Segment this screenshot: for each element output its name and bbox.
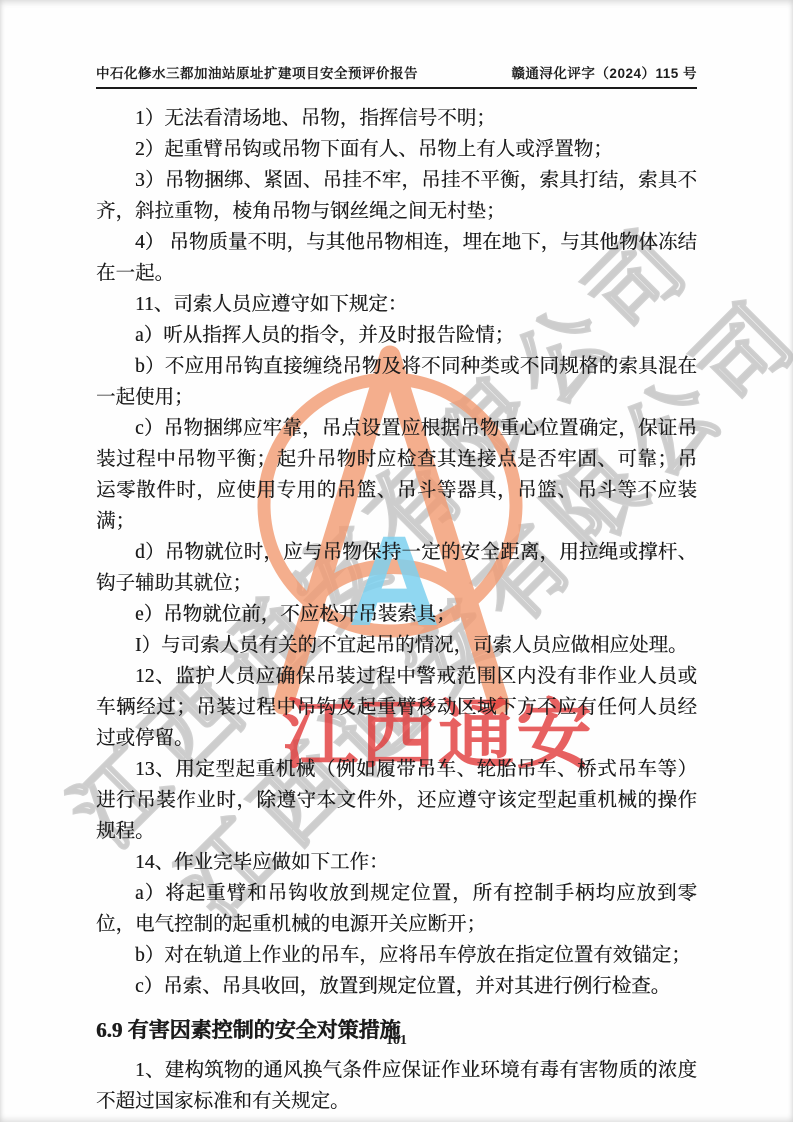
paragraph: a）将起重臂和吊钩收放到规定位置，所有控制手柄均应放到零位，电气控制的起重机械的… — [96, 878, 697, 940]
paragraph: b）不应用吊钩直接缠绕吊物及将不同种类或不同规格的索具混在一起使用； — [96, 351, 697, 413]
document-body: 1）无法看清场地、吊物，指挥信号不明；2）起重臂吊钩或吊物下面有人、吊物上有人或… — [96, 103, 697, 1117]
paragraph: b）对在轨道上作业的吊车，应将吊车停放在指定位置有效锚定； — [96, 940, 697, 971]
paragraph: 3）吊物捆绑、紧固、吊挂不牢，吊挂不平衡，索具打结，索具不齐，斜拉重物，棱角吊物… — [96, 165, 697, 227]
paragraph: a）听从指挥人员的指令，并及时报告险情； — [96, 320, 697, 351]
paragraph: c）吊物捆绑应牢靠，吊点设置应根据吊物重心位置确定，保证吊装过程中吊物平衡；起升… — [96, 413, 697, 537]
paragraph: d）吊物就位时，应与吊物保持一定的安全距离，用拉绳或撑杆、钩子辅助其就位； — [96, 537, 697, 599]
paragraph: c）吊索、吊具收回，放置到规定位置，并对其进行例行检查。 — [96, 971, 697, 1002]
paragraph: 13、用定型起重机械（例如履带吊车、轮胎吊车、桥式吊车等）进行吊装作业时，除遵守… — [96, 754, 697, 847]
paragraph: 11、司索人员应遵守如下规定： — [96, 289, 697, 320]
paragraph: 12、监护人员应确保吊装过程中警戒范围区内没有非作业人员或车辆经过；吊装过程中吊… — [96, 661, 697, 754]
page-number: 101 — [0, 1033, 793, 1049]
paragraph: 4） 吊物质量不明，与其他吊物相连，埋在地下，与其他物体冻结在一起。 — [96, 227, 697, 289]
paragraph: 2）起重臂吊钩或吊物下面有人、吊物上有人或浮置物； — [96, 134, 697, 165]
paragraph: 1）无法看清场地、吊物，指挥信号不明； — [96, 103, 697, 134]
paragraph: e）吊物就位前，不应松开吊装索具； — [96, 599, 697, 630]
paragraph: I）与司索人员有关的不宜起吊的情况，司索人员应做相应处理。 — [96, 630, 697, 661]
paragraph: 1、建构筑物的通风换气条件应保证作业环境有毒有害物质的浓度不超过国家标准和有关规… — [96, 1055, 697, 1117]
paragraph: 14、作业完毕应做如下工作： — [96, 847, 697, 878]
document-page: 中石化修水三都加油站原址扩建项目安全预评价报告 赣通浔化评字（2024）115 … — [0, 0, 793, 1122]
